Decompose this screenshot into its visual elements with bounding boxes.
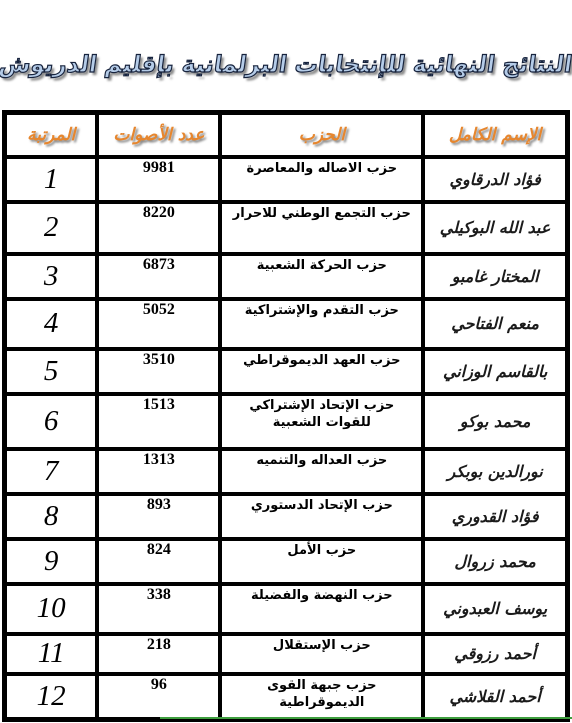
votes-count: 218 [97, 634, 220, 674]
rank-number: 8 [5, 494, 98, 539]
table-row: محمد بوكوحزب الإتحاد الإشتراكي للقوات ال… [5, 394, 568, 449]
rank-number: 4 [5, 299, 98, 349]
rank-number: 6 [5, 394, 98, 449]
votes-count: 96 [97, 674, 220, 720]
bottom-accent-line [160, 717, 572, 719]
candidate-name: فؤاد القدوري [423, 494, 567, 539]
rank-number: 1 [5, 157, 98, 202]
party-name: حزب الإستقلال [220, 634, 423, 674]
table-row: أحمد القلاشيحزب جبهة القوى الديموقراطية9… [5, 674, 568, 720]
votes-count: 6873 [97, 254, 220, 299]
votes-count: 824 [97, 539, 220, 584]
candidate-name: عبد الله البوكيلي [423, 202, 567, 254]
table-row: فؤاد الدرقاويحزب الاصاله والمعاصرة99811 [5, 157, 568, 202]
header-votes: عدد الأصوات [97, 113, 220, 157]
party-name: حزب الأمل [220, 539, 423, 584]
votes-count: 1313 [97, 449, 220, 494]
votes-count: 893 [97, 494, 220, 539]
rank-number: 10 [5, 584, 98, 634]
candidate-name: فؤاد الدرقاوي [423, 157, 567, 202]
party-name: حزب الحركة الشعبية [220, 254, 423, 299]
candidate-name: منعم الفتاحي [423, 299, 567, 349]
table-row: عبد الله البوكيليحزب التجمع الوطني للاحر… [5, 202, 568, 254]
header-party: الحزب [220, 113, 423, 157]
candidate-name: نورالدين بوبكر [423, 449, 567, 494]
rank-number: 3 [5, 254, 98, 299]
party-name: حزب الإتحاد الإشتراكي للقوات الشعبية [220, 394, 423, 449]
page-title: النتائج النهائية للإنتخابات البرلمانية ب… [0, 30, 572, 100]
party-name: حزب العهد الديموقراطي [220, 349, 423, 394]
votes-count: 338 [97, 584, 220, 634]
candidate-name: محمد زروال [423, 539, 567, 584]
table-row: منعم الفتاحيحزب التقدم والإشتراكية50524 [5, 299, 568, 349]
table-row: يوسف العبدونيحزب النهضة والفضيلة33810 [5, 584, 568, 634]
table-header-row: الإسم الكامل الحزب عدد الأصوات المرتبة [5, 113, 568, 157]
party-name: حزب الإتحاد الدستوري [220, 494, 423, 539]
rank-number: 2 [5, 202, 98, 254]
candidate-name: أحمد القلاشي [423, 674, 567, 720]
party-name: حزب التقدم والإشتراكية [220, 299, 423, 349]
candidate-name: بالقاسم الوزاني [423, 349, 567, 394]
candidate-name: محمد بوكو [423, 394, 567, 449]
header-rank: المرتبة [5, 113, 98, 157]
rank-number: 12 [5, 674, 98, 720]
rank-number: 11 [5, 634, 98, 674]
party-name: حزب جبهة القوى الديموقراطية [220, 674, 423, 720]
candidate-name: أحمد رزوقي [423, 634, 567, 674]
table-row: بالقاسم الوزانيحزب العهد الديموقراطي3510… [5, 349, 568, 394]
results-table: الإسم الكامل الحزب عدد الأصوات المرتبة ف… [2, 110, 570, 722]
rank-number: 7 [5, 449, 98, 494]
party-name: حزب الاصاله والمعاصرة [220, 157, 423, 202]
page: { "title": "النتائج النهائية للإنتخابات … [0, 0, 572, 723]
party-name: حزب النهضة والفضيلة [220, 584, 423, 634]
votes-count: 1513 [97, 394, 220, 449]
table-row: فؤاد القدوريحزب الإتحاد الدستوري8938 [5, 494, 568, 539]
page-title-text: النتائج النهائية للإنتخابات البرلمانية ب… [0, 52, 572, 78]
votes-count: 8220 [97, 202, 220, 254]
candidate-name: يوسف العبدوني [423, 584, 567, 634]
votes-count: 5052 [97, 299, 220, 349]
party-name: حزب العداله والتنميه [220, 449, 423, 494]
votes-count: 3510 [97, 349, 220, 394]
results-body: فؤاد الدرقاويحزب الاصاله والمعاصرة99811ع… [5, 157, 568, 720]
table-row: محمد زروالحزب الأمل8249 [5, 539, 568, 584]
table-row: نورالدين بوبكرحزب العداله والتنميه13137 [5, 449, 568, 494]
candidate-name: المختار غامبو [423, 254, 567, 299]
header-full-name: الإسم الكامل [423, 113, 567, 157]
rank-number: 5 [5, 349, 98, 394]
party-name: حزب التجمع الوطني للاحرار [220, 202, 423, 254]
rank-number: 9 [5, 539, 98, 584]
table-row: المختار غامبوحزب الحركة الشعبية68733 [5, 254, 568, 299]
table-row: أحمد رزوقيحزب الإستقلال21811 [5, 634, 568, 674]
votes-count: 9981 [97, 157, 220, 202]
